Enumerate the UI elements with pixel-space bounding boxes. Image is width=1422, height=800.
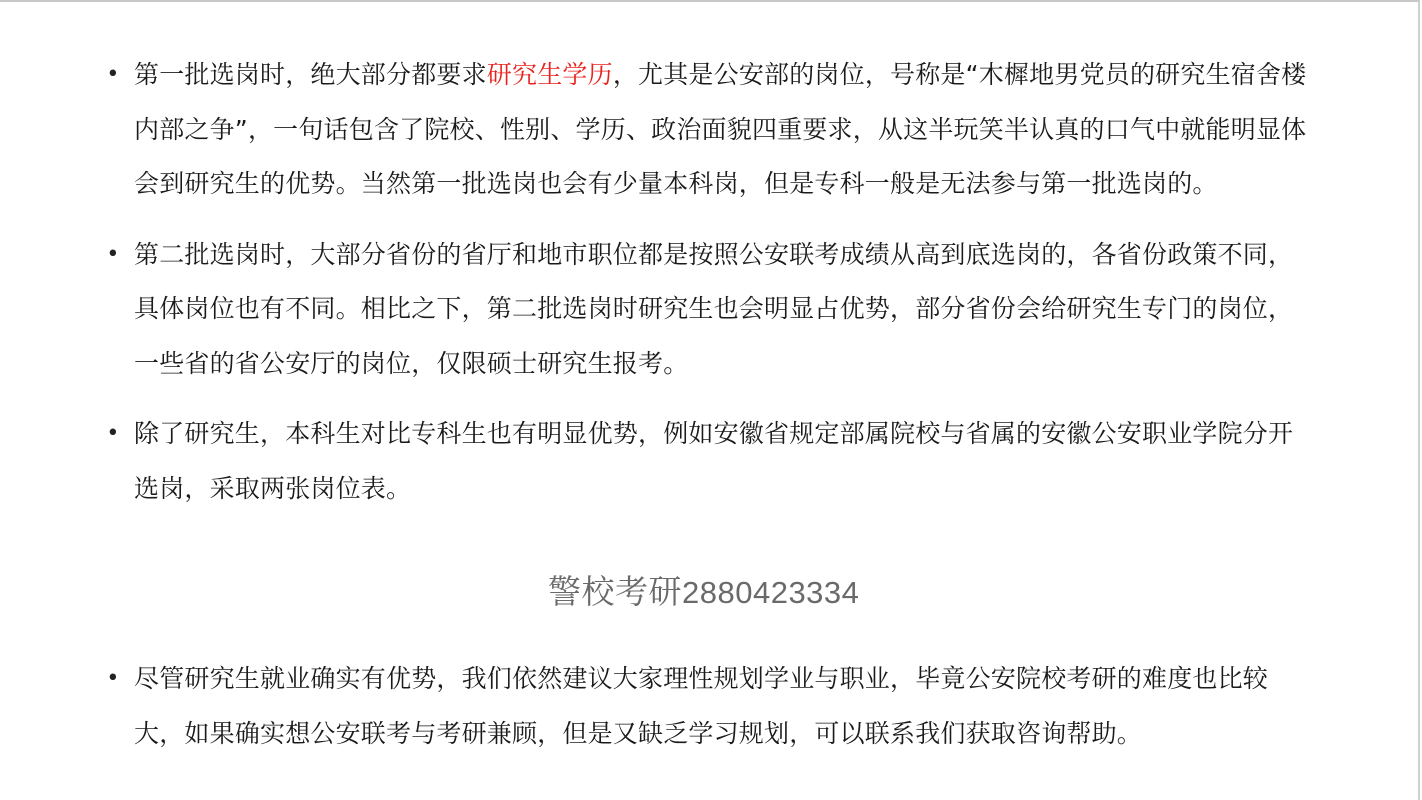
watermark: 警校考研2880423334 (548, 566, 859, 613)
bullet-text: 第二批选岗时，大部分省份的省厅和地市职位都是按照公安联考成绩从高到底选岗的，各省… (134, 240, 1293, 378)
bullet-item-undergraduate: • 除了研究生，本科生对比专科生也有明显优势，例如安徽省规定部属院校与省属的安徽… (104, 407, 1314, 516)
bullet-item-second-batch: • 第二批选岗时，大部分省份的省厅和地市职位都是按照公安联考成绩从高到底选岗的，… (104, 228, 1314, 392)
bullet-icon: • (106, 652, 120, 707)
bullet-list-advice: • 尽管研究生就业确实有优势，我们依然建议大家理性规划学业与职业，毕竟公安院校考… (104, 652, 1314, 761)
bullet-text: 尽管研究生就业确实有优势，我们依然建议大家理性规划学业与职业，毕竟公安院校考研的… (134, 664, 1268, 748)
bullet-item-advice: • 尽管研究生就业确实有优势，我们依然建议大家理性规划学业与职业，毕竟公安院校考… (104, 652, 1314, 761)
bullet-icon: • (106, 48, 120, 103)
watermark-label: 警校考研 (548, 572, 682, 611)
bullet-item-first-batch: • 第一批选岗时，绝大部分都要求研究生学历，尤其是公安部的岗位，号称是“木樨地男… (104, 48, 1314, 212)
watermark-number: 2880423334 (682, 575, 859, 610)
bullet-text: 除了研究生，本科生对比专科生也有明显优势，例如安徽省规定部属院校与省属的安徽公安… (134, 419, 1293, 503)
bullet-list: • 第一批选岗时，绝大部分都要求研究生学历，尤其是公安部的岗位，号称是“木樨地男… (104, 48, 1314, 516)
document-slide: • 第一批选岗时，绝大部分都要求研究生学历，尤其是公安部的岗位，号称是“木樨地男… (0, 0, 1420, 800)
bullet-icon: • (106, 407, 120, 462)
bullet-text: 第一批选岗时，绝大部分都要求 (134, 60, 487, 89)
bullet-icon: • (106, 228, 120, 283)
highlighted-text: 研究生学历 (487, 60, 613, 89)
